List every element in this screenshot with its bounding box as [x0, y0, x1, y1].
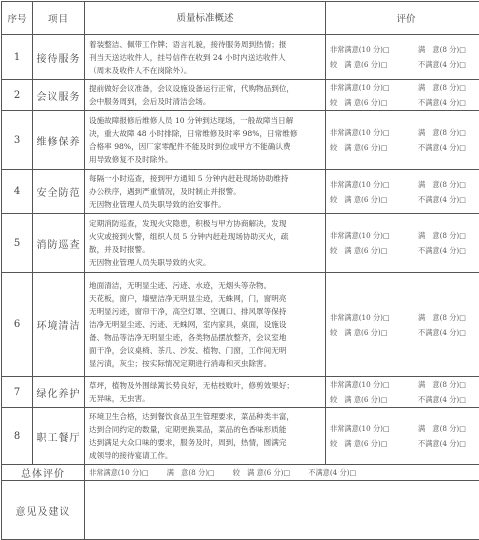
row-description: 环境卫生合格，达到餐饮食品卫生管理要求，菜品种类丰富，达到合同约定的数量，定期更…	[85, 408, 326, 465]
row-rating: 非常满意(10 分)□满 意(8 分)□较 满 意(6 分)□不满意(4 分)□	[326, 80, 479, 111]
desc-line: 决，重大故障 48 小时排除，日常维修及时率 98%，日常维修	[89, 127, 321, 140]
row-rating: 非常满意(10 分)□满 意(8 分)□较 满 意(6 分)□不满意(4 分)□	[326, 35, 479, 80]
rating-fairly-satisfied-checkbox[interactable]: 较 满 意(6 分)□	[330, 392, 418, 407]
overall-option-checkbox[interactable]: 满 意(8 分)□	[167, 468, 215, 478]
rating-satisfied-checkbox[interactable]: 满 意(8 分)□	[418, 228, 466, 243]
rating-fairly-satisfied-checkbox[interactable]: 较 满 意(6 分)□	[330, 140, 418, 155]
row-item: 接待服务	[33, 35, 85, 80]
desc-line: 火灾或接到火警，组织人员 5 分钟内赶赴现场协助灭火，疏	[89, 230, 321, 243]
rating-fairly-satisfied-checkbox[interactable]: 较 满 意(6 分)□	[330, 192, 418, 207]
rating-satisfied-checkbox[interactable]: 满 意(8 分)□	[418, 421, 466, 436]
desc-line: 显污渍，灰尘；按实际情况定期进行消毒和灭虫除害。	[89, 357, 321, 370]
desc-line: 散，并及时报警。	[89, 243, 321, 256]
suggestions-label: 意见及建议	[2, 481, 85, 537]
rating-unsatisfied-checkbox[interactable]: 不满意(4 分)□	[418, 95, 466, 110]
desc-line: 备、物品等洁净无明显尘迹，各类物品摆放整齐，会议室地	[89, 331, 321, 344]
evaluation-form-table: 序号 项目 质量标准概述 评价 1接待服务着装整洁、佩带工作牌；语言礼貌，接待服…	[1, 1, 479, 536]
row-description: 地面清洁，无明显尘迹、污迹、水迹，无烟头等杂物。天花板，窗户，墙壁洁净无明显尘迹…	[85, 273, 326, 377]
row-description: 定期消防巡查，发现火灾隐患，积极与甲方协商解决，发现火灾或接到火警，组织人员 5…	[85, 214, 326, 273]
row-description: 设施故障报修后维修人员 10 分钟到达现场，一般故障当日解决，重大故障 48 小…	[85, 111, 326, 170]
overall-option-checkbox[interactable]: 非常满意(10 分)□	[89, 468, 149, 478]
header-item: 项目	[33, 2, 85, 35]
row-rating: 非常满意(10 分)□满 意(8 分)□较 满 意(6 分)□不满意(4 分)□	[326, 214, 479, 273]
header-desc: 质量标准概述	[85, 2, 326, 35]
row-rating: 非常满意(10 分)□满 意(8 分)□较 满 意(6 分)□不满意(4 分)□	[326, 111, 479, 170]
desc-line: 每隔一小时巡查，接到甲方通知 5 分钟内赶赴现场协助维持	[89, 172, 321, 185]
rating-fairly-satisfied-checkbox[interactable]: 较 满 意(6 分)□	[330, 243, 418, 258]
desc-line: 无明显污迹，窗帘干净，高空灯罩、空调口、排风罩等保持	[89, 305, 321, 318]
rating-unsatisfied-checkbox[interactable]: 不满意(4 分)□	[418, 243, 466, 258]
overall-label: 总体评价	[2, 465, 85, 481]
desc-line: 成领导的接待宴请工作。	[89, 449, 321, 462]
overall-row: 总体评价非常满意(10 分)□满 意(8 分)□较 满 意(6 分)□不满意(4…	[2, 465, 479, 481]
rating-fairly-satisfied-checkbox[interactable]: 较 满 意(6 分)□	[330, 95, 418, 110]
rating-very-satisfied-checkbox[interactable]: 非常满意(10 分)□	[330, 42, 418, 57]
row-description: 每隔一小时巡查，接到甲方通知 5 分钟内赶赴现场协助维持办公秩序，遇到严重情况，…	[85, 170, 326, 214]
rating-satisfied-checkbox[interactable]: 满 意(8 分)□	[418, 377, 466, 392]
rating-unsatisfied-checkbox[interactable]: 不满意(4 分)□	[418, 140, 466, 155]
table-row: 8职工餐厅环境卫生合格，达到餐饮食品卫生管理要求，菜品种类丰富，达到合同约定的数…	[2, 408, 479, 465]
rating-very-satisfied-checkbox[interactable]: 非常满意(10 分)□	[330, 377, 418, 392]
header-eval: 评价	[326, 2, 479, 35]
suggestions-row: 意见及建议	[2, 481, 479, 537]
rating-very-satisfied-checkbox[interactable]: 非常满意(10 分)□	[330, 228, 418, 243]
rating-fairly-satisfied-checkbox[interactable]: 较 满 意(6 分)□	[330, 436, 418, 451]
rating-unsatisfied-checkbox[interactable]: 不满意(4 分)□	[418, 436, 466, 451]
desc-line: 环境卫生合格，达到餐饮食品卫生管理要求，菜品种类丰富，	[89, 410, 321, 423]
row-item: 职工餐厅	[33, 408, 85, 465]
row-number: 3	[2, 111, 33, 170]
rating-satisfied-checkbox[interactable]: 满 意(8 分)□	[418, 80, 466, 95]
row-description: 着装整洁、佩带工作牌；语言礼貌，接待服务周到热情；报刊当天送达收件人，挂号信件在…	[85, 35, 326, 80]
row-number: 2	[2, 80, 33, 111]
rating-satisfied-checkbox[interactable]: 满 意(8 分)□	[418, 42, 466, 57]
rating-fairly-satisfied-checkbox[interactable]: 较 满 意(6 分)□	[330, 57, 418, 72]
desc-line: 会中服务周到，会后及时清洁会场。	[89, 95, 321, 108]
desc-line: 无异味，无虫害。	[89, 392, 321, 405]
rating-unsatisfied-checkbox[interactable]: 不满意(4 分)□	[418, 192, 466, 207]
row-item: 消防巡查	[33, 214, 85, 273]
row-rating: 非常满意(10 分)□满 意(8 分)□较 满 意(6 分)□不满意(4 分)□	[326, 408, 479, 465]
rating-satisfied-checkbox[interactable]: 满 意(8 分)□	[418, 125, 466, 140]
desc-line: 地面清洁，无明显尘迹、污迹、水迹，无烟头等杂物。	[89, 279, 321, 292]
desc-line: 刊当天送达收件人，挂号信件在收到 24 小时内送达收件人	[89, 51, 321, 64]
desc-line: 达到合同约定的数量，定期更换菜品，菜品的色香味形质能	[89, 423, 321, 436]
table-row: 3维修保养设施故障报修后维修人员 10 分钟到达现场，一般故障当日解决，重大故障…	[2, 111, 479, 170]
row-number: 1	[2, 35, 33, 80]
desc-line: 设施故障报修后维修人员 10 分钟到达现场，一般故障当日解	[89, 114, 321, 127]
table-row: 5消防巡查定期消防巡查，发现火灾隐患，积极与甲方协商解决，发现火灾或接到火警，组…	[2, 214, 479, 273]
row-number: 5	[2, 214, 33, 273]
row-number: 6	[2, 273, 33, 377]
row-rating: 非常满意(10 分)□满 意(8 分)□较 满 意(6 分)□不满意(4 分)□	[326, 377, 479, 408]
table-row: 6环境清洁地面清洁，无明显尘迹、污迹、水迹，无烟头等杂物。天花板，窗户，墙壁洁净…	[2, 273, 479, 377]
overall-option-checkbox[interactable]: 较 满 意(6 分)□	[233, 468, 290, 478]
desc-line: 办公秩序，遇到严重情况，及时制止并报警。	[89, 185, 321, 198]
desc-line: 定期消防巡查，发现火灾隐患，积极与甲方协商解决，发现	[89, 217, 321, 230]
desc-line: 提前做好会议准备，会议设施设备运行正常，代购物品到位，	[89, 82, 321, 95]
row-item: 安全防范	[33, 170, 85, 214]
row-item: 环境清洁	[33, 273, 85, 377]
row-description: 提前做好会议准备，会议设施设备运行正常，代购物品到位，会中服务周到，会后及时清洁…	[85, 80, 326, 111]
desc-line: 合格率 98%，因厂家零配件不能及时到位或甲方不能确认费	[89, 140, 321, 153]
rating-very-satisfied-checkbox[interactable]: 非常满意(10 分)□	[330, 80, 418, 95]
row-item: 维修保养	[33, 111, 85, 170]
rating-fairly-satisfied-checkbox[interactable]: 较 满 意(6 分)□	[330, 325, 418, 340]
desc-line: （周末及收件人不在岗除外）。	[89, 64, 321, 77]
table-row: 7绿化养护草坪，植物及外围绿篱长势良好，无枯枝败叶，修剪效果好；无异味，无虫害。…	[2, 377, 479, 408]
row-item: 会议服务	[33, 80, 85, 111]
rating-unsatisfied-checkbox[interactable]: 不满意(4 分)□	[418, 325, 466, 340]
rating-very-satisfied-checkbox[interactable]: 非常满意(10 分)□	[330, 421, 418, 436]
table-row: 2会议服务提前做好会议准备，会议设施设备运行正常，代购物品到位，会中服务周到，会…	[2, 80, 479, 111]
overall-rating: 非常满意(10 分)□满 意(8 分)□较 满 意(6 分)□不满意(4 分)□	[85, 465, 479, 481]
desc-line: 用导致修复不及时除外。	[89, 153, 321, 166]
desc-line: 面干净，会议桌椅、茶几、沙发、植物、门窗，工作间无明	[89, 344, 321, 357]
row-description: 草坪，植物及外围绿篱长势良好，无枯枝败叶，修剪效果好；无异味，无虫害。	[85, 377, 326, 408]
table-row: 1接待服务着装整洁、佩带工作牌；语言礼貌，接待服务周到热情；报刊当天送达收件人，…	[2, 35, 479, 80]
row-number: 4	[2, 170, 33, 214]
rating-very-satisfied-checkbox[interactable]: 非常满意(10 分)□	[330, 177, 418, 192]
suggestions-field[interactable]	[85, 481, 479, 537]
rating-unsatisfied-checkbox[interactable]: 不满意(4 分)□	[418, 57, 466, 72]
rating-very-satisfied-checkbox[interactable]: 非常满意(10 分)□	[330, 125, 418, 140]
rating-very-satisfied-checkbox[interactable]: 非常满意(10 分)□	[330, 310, 418, 325]
header-row: 序号 项目 质量标准概述 评价	[2, 2, 479, 35]
desc-line: 洁净无明显尘迹、污迹、无蛛网，室内家具，桌面，设施设	[89, 318, 321, 331]
row-number: 8	[2, 408, 33, 465]
desc-line: 天花板，窗户，墙壁洁净无明显尘迹，无蛛网，门，窗明亮	[89, 292, 321, 305]
desc-line: 无因物业管理人员失职导致的火灾。	[89, 256, 321, 269]
rating-satisfied-checkbox[interactable]: 满 意(8 分)□	[418, 310, 466, 325]
row-number: 7	[2, 377, 33, 408]
desc-line: 无因物业管理人员失职导致的治安事件。	[89, 198, 321, 211]
row-rating: 非常满意(10 分)□满 意(8 分)□较 满 意(6 分)□不满意(4 分)□	[326, 273, 479, 377]
table-row: 4安全防范每隔一小时巡查，接到甲方通知 5 分钟内赶赴现场协助维持办公秩序，遇到…	[2, 170, 479, 214]
header-no: 序号	[2, 2, 33, 35]
desc-line: 草坪，植物及外围绿篱长势良好，无枯枝败叶，修剪效果好；	[89, 379, 321, 392]
desc-line: 着装整洁、佩带工作牌；语言礼貌，接待服务周到热情；报	[89, 38, 321, 51]
rating-unsatisfied-checkbox[interactable]: 不满意(4 分)□	[418, 392, 466, 407]
row-item: 绿化养护	[33, 377, 85, 408]
rating-satisfied-checkbox[interactable]: 满 意(8 分)□	[418, 177, 466, 192]
overall-option-checkbox[interactable]: 不满意(4 分)□	[308, 468, 356, 478]
desc-line: 达到满足大众口味的要求，服务及时，周到，热情，圆满完	[89, 436, 321, 449]
row-rating: 非常满意(10 分)□满 意(8 分)□较 满 意(6 分)□不满意(4 分)□	[326, 170, 479, 214]
